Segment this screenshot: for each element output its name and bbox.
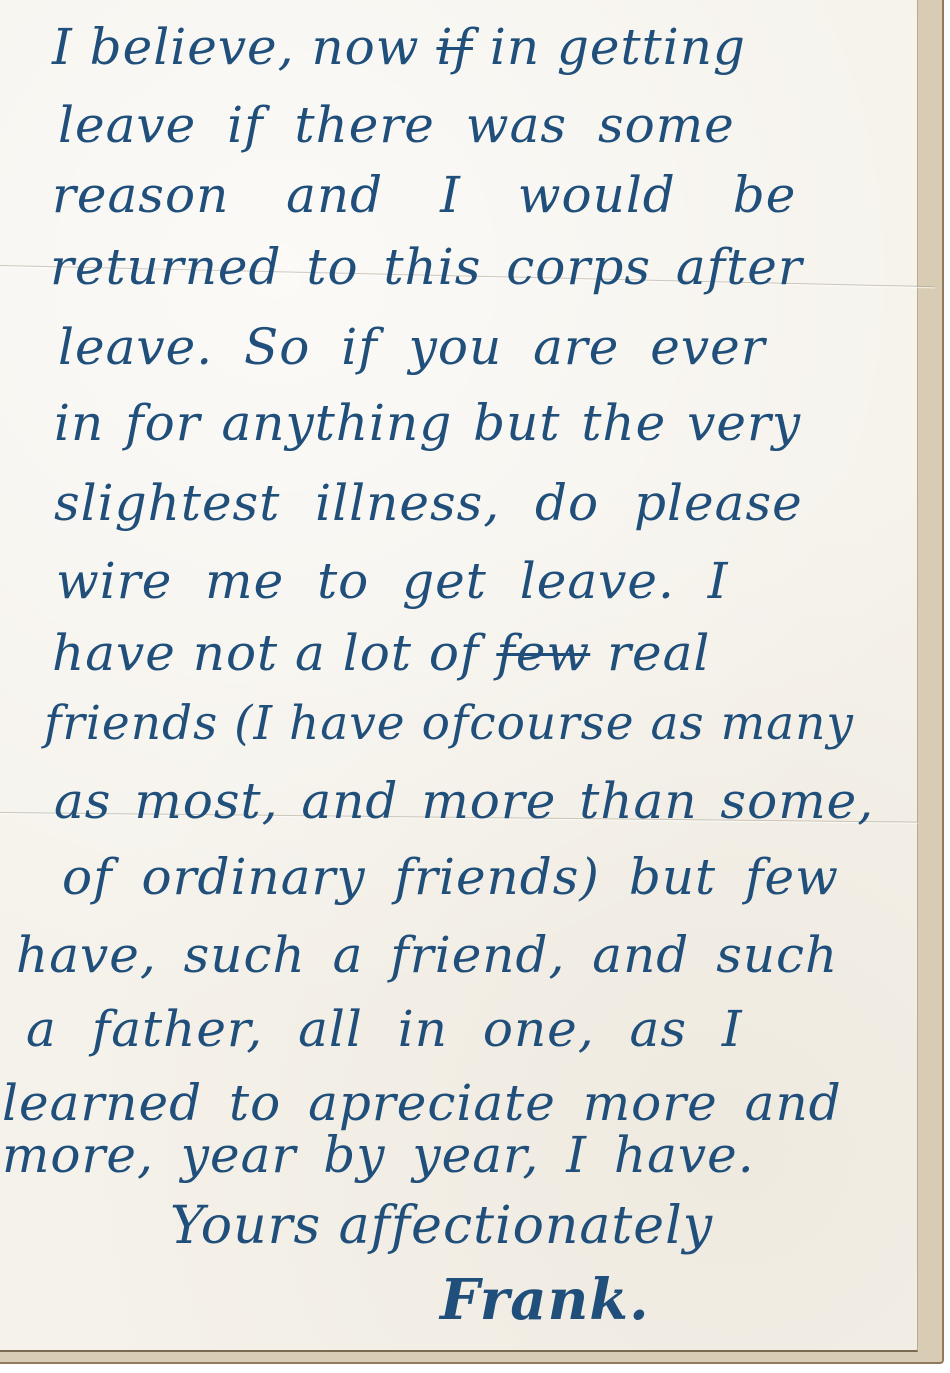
letter-line-8: wire me to get leave. I [56,556,729,606]
text-segment: I believe, now [52,18,436,76]
letter-line-10: friends (I have ofcourse as many [44,700,854,747]
text-segment: real [590,624,710,682]
letter-page: I believe, now if in getting leave if th… [0,0,918,1352]
letter-line-1: I believe, now if in getting [52,22,746,72]
letter-line-11: as most, and more than some, [54,776,874,826]
letter-line-9: have not a lot of few real [52,628,710,678]
letter-line-6: in for anything but the very [54,398,801,448]
letter-line-15: learned to apreciate more and [2,1078,842,1128]
letter-line-13: have, such a friend, and such [16,930,838,980]
crossed-out-word: if [436,18,473,76]
letter-line-7: slightest illness, do please [54,478,803,528]
letter-line-5: leave. So if you are ever [58,322,766,372]
text-segment: have not a lot of [52,624,496,682]
crossed-out-word: few [496,624,590,682]
text-segment: in getting [473,18,746,76]
letter-line-12: of ordinary friends) but few [62,852,839,902]
letter-line-3: reason and I would be [52,170,796,220]
letter-line-2: leave if there was some [58,100,735,150]
letter-signature: Frank. [440,1272,650,1328]
letter-line-16: more, year by year, I have. [2,1130,755,1180]
letter-closing: Yours affectionately [170,1200,713,1252]
letter-line-14: a father, all in one, as I [26,1004,743,1054]
letter-line-4: returned to this corps after [50,242,803,292]
